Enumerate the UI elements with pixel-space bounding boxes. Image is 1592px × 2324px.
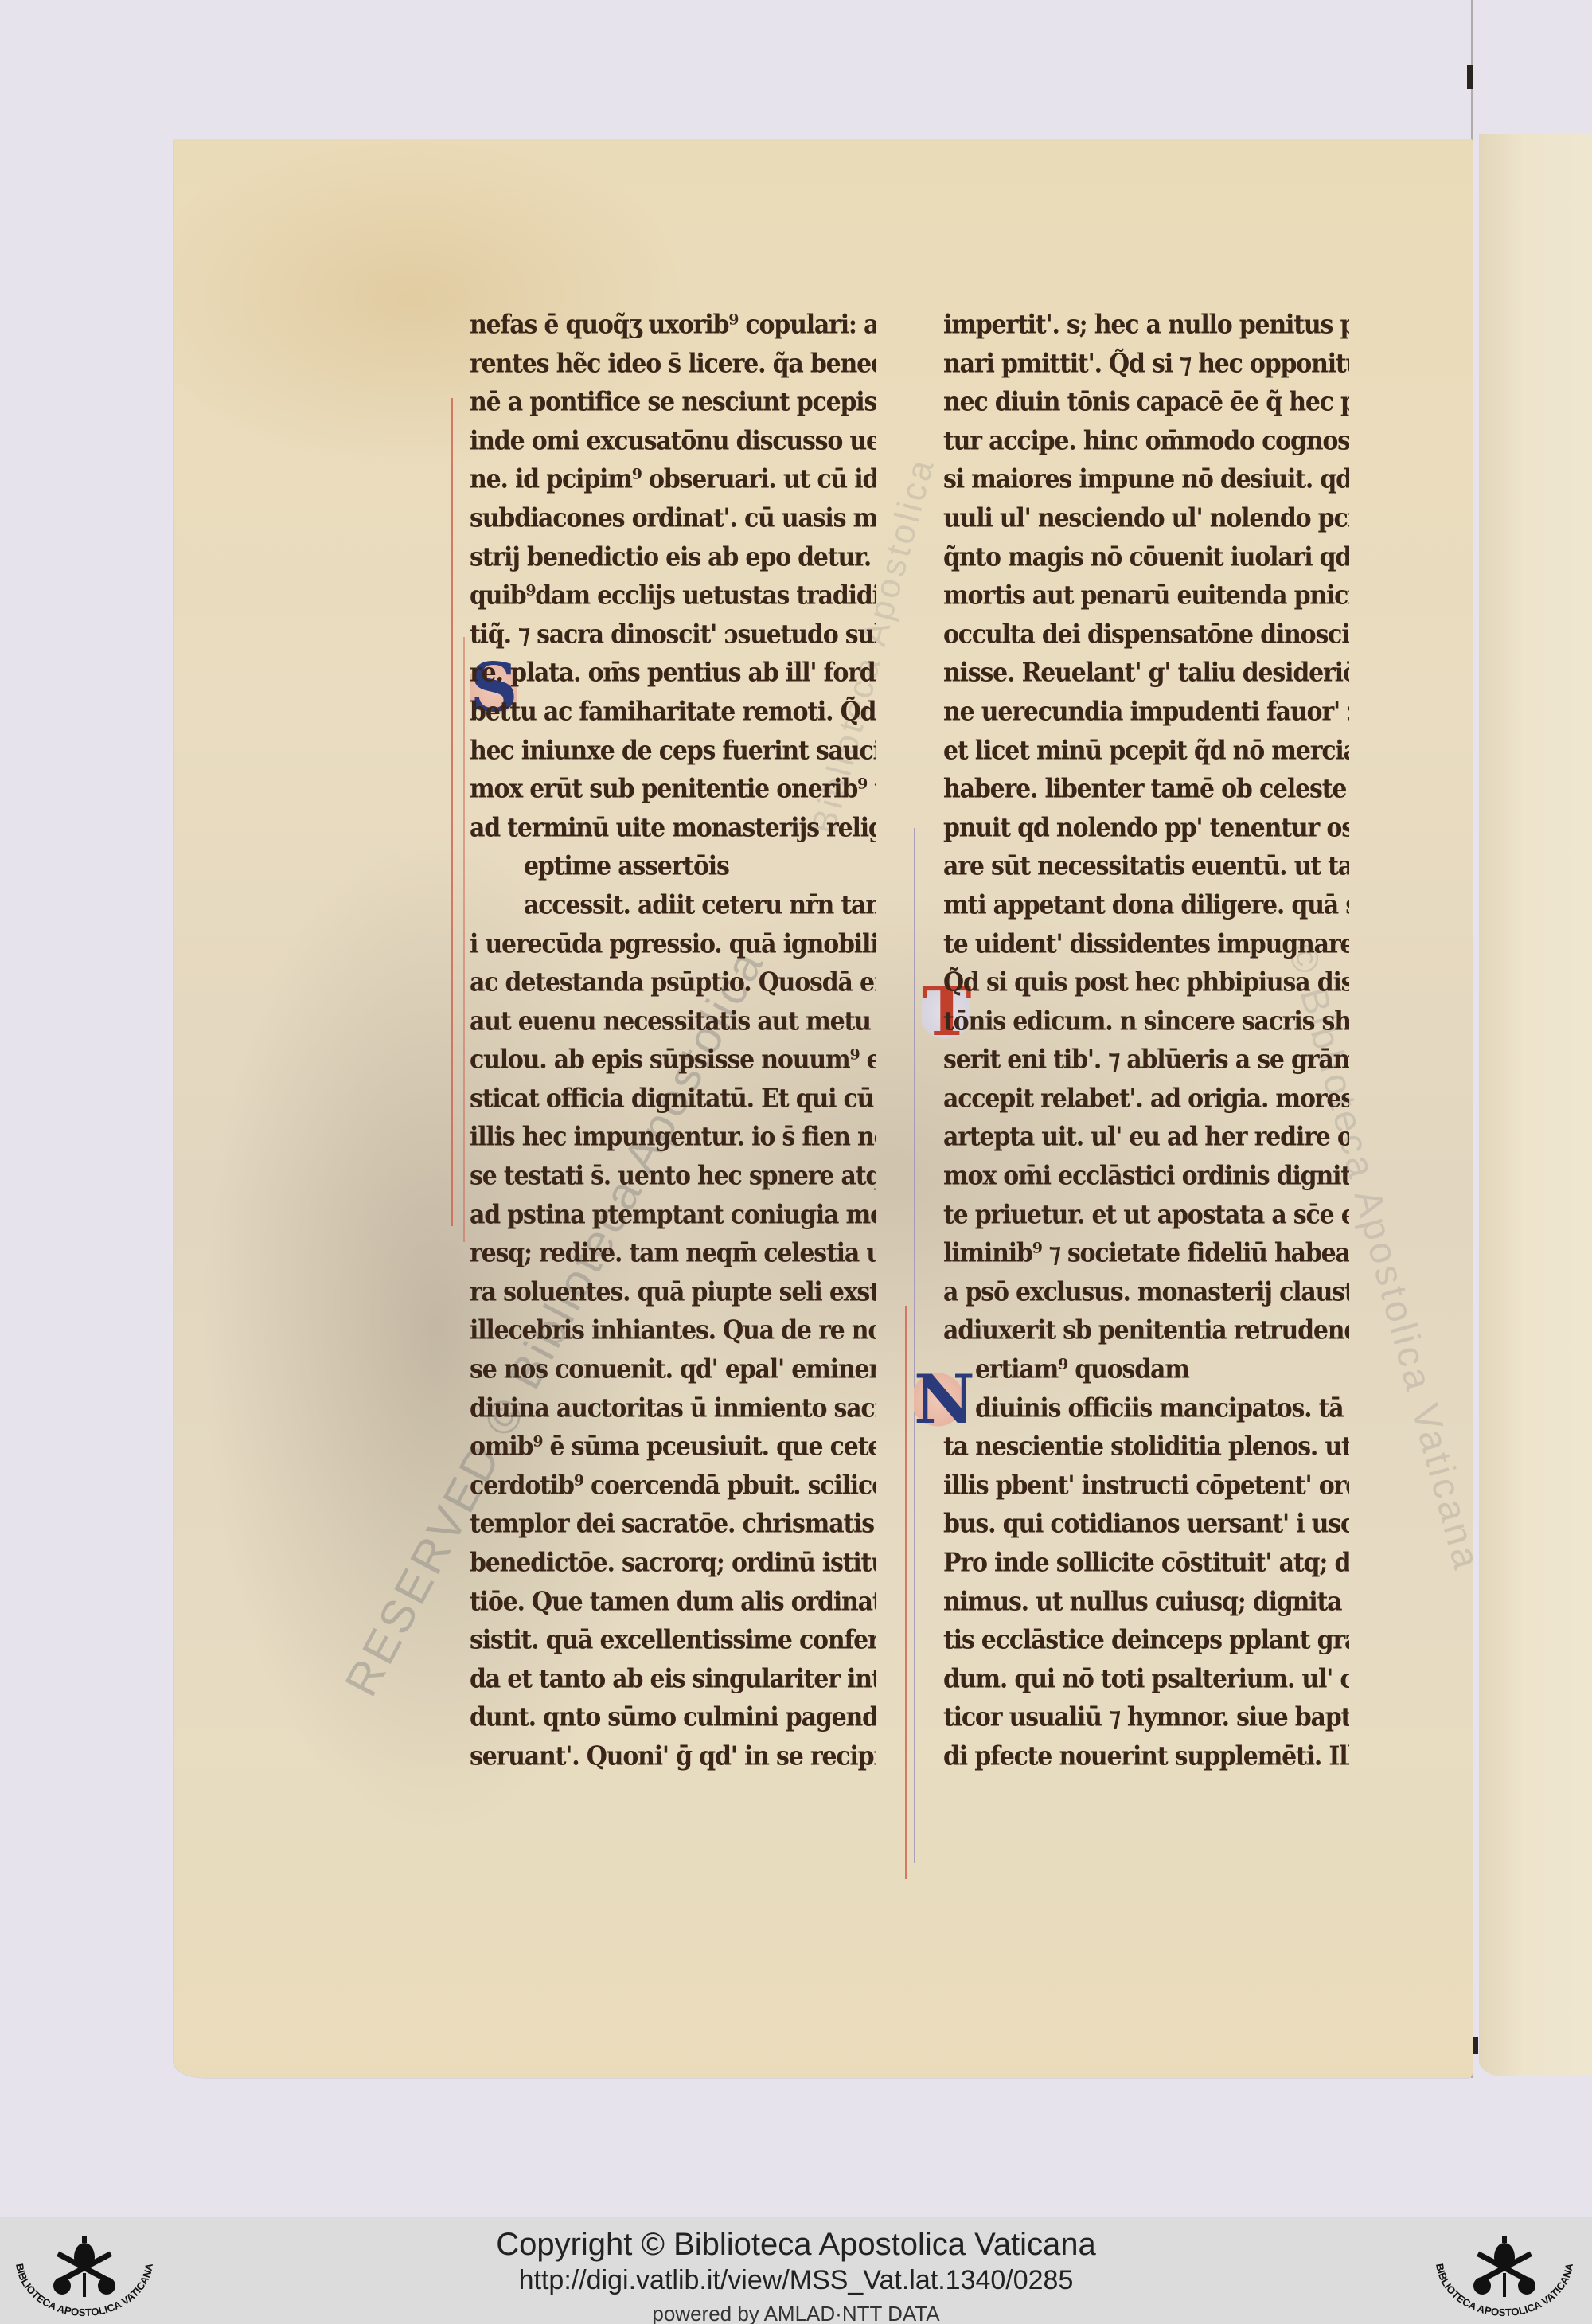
text-column-left: nefas ē quoq̃ʒ uxorib⁹ copulari: asse re…: [470, 307, 876, 1777]
text-line: nē a pontifice se nesciunt pcepisse. P: [470, 382, 876, 424]
text-line: subdiacones ordinat'. cū uasis mini: [470, 498, 876, 540]
text-line: Q̃d si quis post hec phbipiusa dispo si: [943, 963, 1349, 1004]
text-line: illis pbent' instructi cōpetent' ordin: [943, 1466, 1349, 1507]
text-line: ad pstina ptemptant coniugia mo: [470, 1195, 876, 1236]
text-line: occulta dei dispensatōne dinoscit' obue: [943, 615, 1349, 656]
text-line: uuli ul' nesciendo ul' nolendo pcipiunt: [943, 498, 1349, 540]
facing-folio: [1479, 134, 1592, 2076]
text-line: mox om̄i ecclāstici ordinis dignita: [943, 1156, 1349, 1197]
text-line: dum. qui nō toti psalterium. ul' can: [943, 1659, 1349, 1701]
text-line: hec iniunxe de ceps fuerint sauciati.: [470, 731, 876, 772]
text-line: accessit. adiit ceteru nr̄n tam: [470, 885, 876, 927]
image-viewer[interactable]: RESERVED © Biblioteca Apostolica Bibliot…: [0, 0, 1592, 2217]
text-line: di pfecte nouerint supplemēti. Illi: [943, 1736, 1349, 1778]
text-line: templor dei sacratōe. chrismatis ⁊: [470, 1504, 876, 1545]
text-line: et licet minū pcepit q̃d nō merciant': [943, 731, 1349, 772]
margin-flourish-left: [451, 398, 453, 1226]
text-line: re. plata. om̄s pentius ab ill' fordo mi…: [470, 653, 876, 694]
text-line: se testati s̄. uento hec spnere atq; ⁊: [470, 1156, 876, 1197]
text-line: da et tanto ab eis singulariter intem: [470, 1659, 876, 1701]
text-line: tis ecclāstice deinceps pplant gra: [943, 1620, 1349, 1662]
text-line: nec diuin tōnis capacē ēe q̃ hec p ba: [943, 382, 1349, 424]
rubric-heading: ertiam⁹ quosdam: [943, 1349, 1349, 1391]
text-line: pnuit qd nolendo pp' tenentur oseru: [943, 808, 1349, 850]
binding-mark-top: [1467, 65, 1473, 89]
text-line: sistit. quā excellentissime conferentur: [470, 1620, 876, 1662]
text-line: seruant'. Quoni' ḡ qd' in se recipira: [470, 1736, 876, 1778]
text-line: ra soluentes. quā piupte seli exstant: [470, 1272, 876, 1314]
text-line: diuina auctoritas ū inmiento sacris: [470, 1389, 876, 1430]
text-line: i uerecūda pgressio. quā ignobilis: [470, 924, 876, 966]
text-line: nari pmittit'. Q̃d si ⁊ hec opponitur.: [943, 344, 1349, 385]
text-line: tiōe. Que tamen dum alis ordinata p: [470, 1582, 876, 1623]
text-line: accepit relabet'. ad origia. moresq; sel: [943, 1079, 1349, 1120]
copyright-text: Copyright © Biblioteca Apostolica Vatica…: [0, 2227, 1592, 2263]
text-line: bettu ac famiharitate remoti. Q̃d si: [470, 692, 876, 733]
text-column-right: impertit'. s; hec a nullo penitus p fa n…: [943, 307, 1349, 1777]
text-line: strij benedictio eis ab epo detur. sic i: [470, 537, 876, 579]
permalink-url[interactable]: http://digi.vatlib.it/view/MSS_Vat.lat.1…: [0, 2265, 1592, 2296]
text-line: te priuetur. et ut apostata a sc̄e ecclē: [943, 1195, 1349, 1236]
text-line: ac detestanda psūptio. Quosdā enī: [470, 963, 876, 1004]
text-line: q̃nto magis nō cōuenit iuolari qd p: [943, 537, 1349, 579]
text-line: diuinis officiis mancipatos. tā: [943, 1389, 1349, 1430]
margin-flourish-right-red: [905, 1306, 907, 1879]
text-line: adiuxerit sb penitentia retrudendus.: [943, 1310, 1349, 1352]
text-line: cerdotib⁹ coercendā pbuit. scilicet: [470, 1466, 876, 1507]
text-line: mortis aut penarū euitenda pniciē.: [943, 576, 1349, 617]
margin-flourish-left-2: [463, 637, 465, 1242]
text-line: habere. libenter tamē ob celeste uenerat: [943, 769, 1349, 810]
text-line: Pro inde sollicite cōstituit' atq; decer: [943, 1543, 1349, 1584]
text-line: nefas ē quoq̃ʒ uxorib⁹ copulari: asse: [470, 305, 876, 346]
text-line: benedictōe. sacrorq; ordinū istitu: [470, 1543, 876, 1584]
text-line: tur accipe. hinc om̄modo cognoscant. q̃a: [943, 421, 1349, 463]
text-line: illis hec impungentur. io s̄ fien nolunt: [470, 1118, 876, 1159]
text-line: dunt. qnto sūmo culmini pagenda: [470, 1697, 876, 1739]
text-line: serit eni tib'. ⁊ ablūeris a se grām quā: [943, 1040, 1349, 1081]
powered-by-text: powered by AMLAD·NTT DATA: [0, 2302, 1592, 2324]
text-line: aut euenu necessitatis aut metu pi: [470, 1002, 876, 1043]
text-line: tōnis edicum. n sincere sacris she: [943, 1002, 1349, 1043]
text-line: si maiores impune nō desiuit. qd par: [943, 459, 1349, 501]
text-line: sticat officia dignitatū. Et qui cū: [470, 1079, 876, 1120]
text-line: are sūt necessitatis euentū. ut tam i: [943, 846, 1349, 888]
text-line: bus. qui cotidianos uersant' i uso.: [943, 1504, 1349, 1545]
text-line: te uident' dissidentes impugnare.: [943, 924, 1349, 966]
text-line: impertit'. s; hec a nullo penitus p fa: [943, 305, 1349, 346]
text-line: omib⁹ ē sūma pceusiuit. que ceteris sa: [470, 1427, 876, 1468]
copyright-footer: BIBLIOTECA APOSTOLICA VATICANA Copyright…: [0, 2217, 1592, 2324]
text-line: illecebris inhiantes. Qua de re nos: [470, 1310, 876, 1352]
text-line: ta nescientie stoliditia plenos. ut nec: [943, 1427, 1349, 1468]
text-line: artepta uit. ul' eu ad her redire obstit…: [943, 1118, 1349, 1159]
text-line: rentes hẽc ideo s̄ licere. q̃a benedicti…: [470, 344, 876, 385]
rubric-heading: eptime assertōis: [470, 846, 876, 888]
text-line: ne. id pcipim⁹ obseruari. ut cū idem: [470, 459, 876, 501]
text-line: nimus. ut nullus cuiusq; dignita: [943, 1582, 1349, 1623]
text-line: ticor usualiū ⁊ hymnor. siue baptizā: [943, 1697, 1349, 1739]
text-line: culou. ab epis sūpsisse nouum⁹ ecclā: [470, 1040, 876, 1081]
text-line: mox erūt sub penitentie onerib⁹ usq;: [470, 769, 876, 810]
text-line: se nos conuenit. qd' epal' eminentie: [470, 1349, 876, 1391]
text-line: ad terminū uite monasterijs religādi.: [470, 808, 876, 850]
text-line: quib⁹dam ecclijs uetustas tradidit au: [470, 576, 876, 617]
text-line: nisse. Reuelant' g' taliu desideriō si: [943, 653, 1349, 694]
text-line: a psō exclusus. monasterij claustris dōn…: [943, 1272, 1349, 1314]
text-line: ne uerecundia impudenti fauor' z.: [943, 692, 1349, 733]
text-line: mti appetant dona diligere. quā spō: [943, 885, 1349, 927]
text-line: liminib⁹ ⁊ societate fideliū habeatur: [943, 1233, 1349, 1275]
margin-flourish-right-violet: [914, 828, 915, 1863]
text-line: inde omi excusatōnu discusso uelami: [470, 421, 876, 463]
text-line: resq; redire. tam neqm̄ celestia ui: [470, 1233, 876, 1275]
vatican-library-emblem-right: BIBLIOTECA APOSTOLICA VATICANA: [1425, 2228, 1584, 2324]
text-line: tiq̃. ⁊ sacra dinoscit' ɔsuetudo substa: [470, 615, 876, 656]
